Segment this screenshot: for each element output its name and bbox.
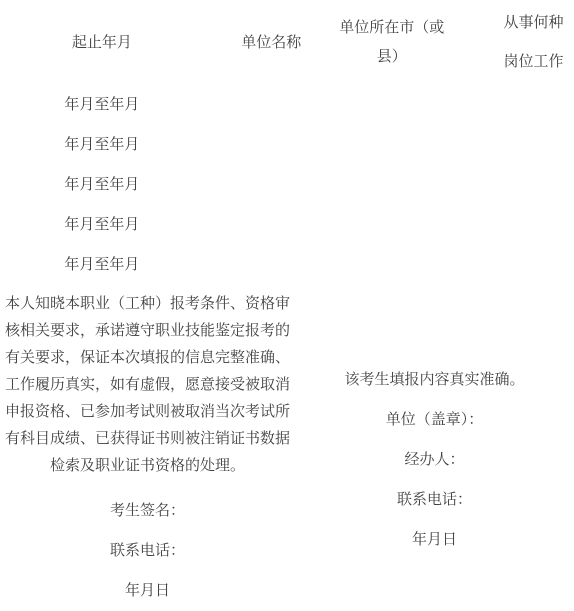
unit-date-label: 年月日 — [295, 532, 574, 548]
col-header-unit-city-label: 单位所在市（或 县） — [339, 13, 444, 71]
unit-city-cell — [339, 83, 465, 123]
work-history-row: 年月至年月 — [0, 83, 574, 123]
col-header-post-label: 从事何种 岗位工作 — [503, 3, 563, 81]
unit-phone-label: 联系电话： — [295, 492, 574, 508]
post-cell — [465, 83, 574, 123]
post-cell — [465, 203, 574, 243]
unit-city-cell — [339, 163, 465, 203]
declaration-text: 本人知晓本职业（工种）报考条件、资格审 核相关要求，承诺遵守职业技能鉴定报考的 … — [0, 290, 295, 479]
period-cell: 年月至年月 — [0, 203, 204, 243]
col-header-unit-name: 单位名称 — [204, 0, 339, 83]
signature-section: 本人知晓本职业（工种）报考条件、资格审 核相关要求，承诺遵守职业技能鉴定报考的 … — [0, 283, 574, 611]
candidate-phone-label: 联系电话： — [0, 543, 295, 559]
unit-name-cell — [204, 123, 339, 163]
period-cell: 年月至年月 — [0, 243, 204, 283]
col-header-period: 起止年月 — [0, 0, 204, 83]
unit-name-cell — [204, 163, 339, 203]
work-history-row: 年月至年月 — [0, 243, 574, 283]
candidate-date-label: 年月日 — [0, 583, 295, 599]
work-history-header-row: 起止年月 单位名称 单位所在市（或 县） 从事何种 岗位工作 — [0, 0, 574, 83]
unit-handler-label: 经办人： — [295, 452, 574, 468]
post-cell — [465, 243, 574, 283]
period-cell: 年月至年月 — [0, 163, 204, 203]
work-history-table: 起止年月 单位名称 单位所在市（或 县） 从事何种 岗位工作 年月至年月 — [0, 0, 574, 283]
candidate-signature-label: 考生签名： — [0, 503, 295, 519]
work-history-row: 年月至年月 — [0, 163, 574, 203]
col-header-unit-city: 单位所在市（或 县） — [339, 0, 465, 83]
unit-city-cell — [339, 203, 465, 243]
work-history-row: 年月至年月 — [0, 123, 574, 163]
work-history-row: 年月至年月 — [0, 203, 574, 243]
period-cell: 年月至年月 — [0, 83, 204, 123]
col-header-unit-name-label: 单位名称 — [241, 31, 301, 52]
unit-city-cell — [339, 243, 465, 283]
candidate-declaration-cell: 本人知晓本职业（工种）报考条件、资格审 核相关要求，承诺遵守职业技能鉴定报考的 … — [0, 283, 295, 611]
unit-seal-label: 单位（盖章）： — [295, 412, 574, 428]
exam-registration-form: 起止年月 单位名称 单位所在市（或 县） 从事何种 岗位工作 年月至年月 — [0, 0, 574, 611]
col-header-period-label: 起止年月 — [72, 31, 132, 52]
period-cell: 年月至年月 — [0, 123, 204, 163]
unit-statement: 该考生填报内容真实准确。 — [295, 372, 574, 388]
unit-confirmation-cell: 该考生填报内容真实准确。 单位（盖章）： 经办人： 联系电话： 年月日 — [295, 283, 574, 611]
unit-name-cell — [204, 243, 339, 283]
unit-city-cell — [339, 123, 465, 163]
post-cell — [465, 123, 574, 163]
unit-name-cell — [204, 203, 339, 243]
post-cell — [465, 163, 574, 203]
col-header-post: 从事何种 岗位工作 — [465, 0, 574, 83]
unit-name-cell — [204, 83, 339, 123]
